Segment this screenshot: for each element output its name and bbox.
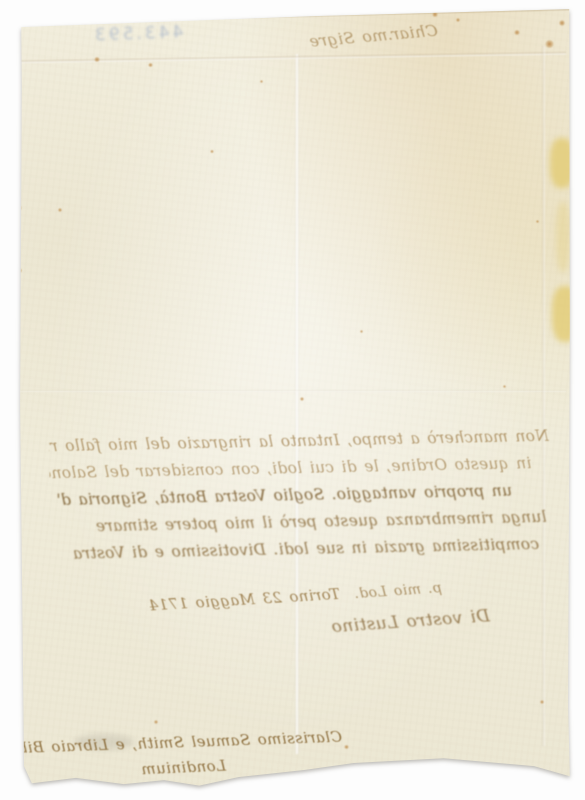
foxing-spot <box>154 720 158 724</box>
foxing-spot <box>15 205 22 211</box>
paper-shadow-wrap: 443.593 Chiar.mo Sigre Non mancherò a te… <box>0 0 585 800</box>
foxing-spot <box>360 330 363 333</box>
top-horizontal-crease <box>18 52 566 64</box>
scanned-letter-page: 443.593 Chiar.mo Sigre Non mancherò a te… <box>0 0 585 800</box>
foxing-spot <box>58 208 62 212</box>
foxing-spot <box>148 63 153 67</box>
foxing-spot <box>210 150 214 153</box>
foxing-spot <box>514 30 520 35</box>
foxing-spot <box>344 745 349 749</box>
foxing-spot <box>260 80 263 83</box>
vertical-fold-crease <box>295 54 299 754</box>
foxing-spot <box>540 700 544 704</box>
bleed-dateline: Torino 23 Maggio 1714 <box>138 585 341 615</box>
foxing-spot <box>300 397 304 401</box>
archive-stamp-number: 443.593 <box>92 22 184 45</box>
foxing-spot <box>17 268 22 273</box>
foxing-spot <box>545 40 554 48</box>
foxing-spot <box>503 385 506 388</box>
tape-stain <box>550 138 574 188</box>
foxing-spot <box>94 57 100 62</box>
foxing-spot <box>432 12 438 17</box>
foxing-spot <box>456 18 460 22</box>
tape-stain <box>552 286 578 342</box>
right-fold-crease <box>542 46 545 746</box>
foxing-spot <box>120 18 123 21</box>
letter-paper-verso: 443.593 Chiar.mo Sigre Non mancherò a te… <box>14 6 572 788</box>
bleed-signature: Di vostro Lustino <box>296 606 491 639</box>
paper-top-edge <box>20 8 570 24</box>
bleed-salutation: Chiar.mo Sigre <box>269 21 438 55</box>
bleed-body-block: Non mancherò a tempo, Intanto la ringraz… <box>49 423 552 568</box>
foxing-spot <box>559 20 565 26</box>
middle-horizontal-crease <box>18 390 566 392</box>
tape-stain <box>556 202 570 272</box>
foxing-spot <box>536 220 539 223</box>
bleed-address-line2: Londinium <box>114 757 227 780</box>
bleed-closing-courtesy: p. mio Lod. <box>330 580 443 604</box>
